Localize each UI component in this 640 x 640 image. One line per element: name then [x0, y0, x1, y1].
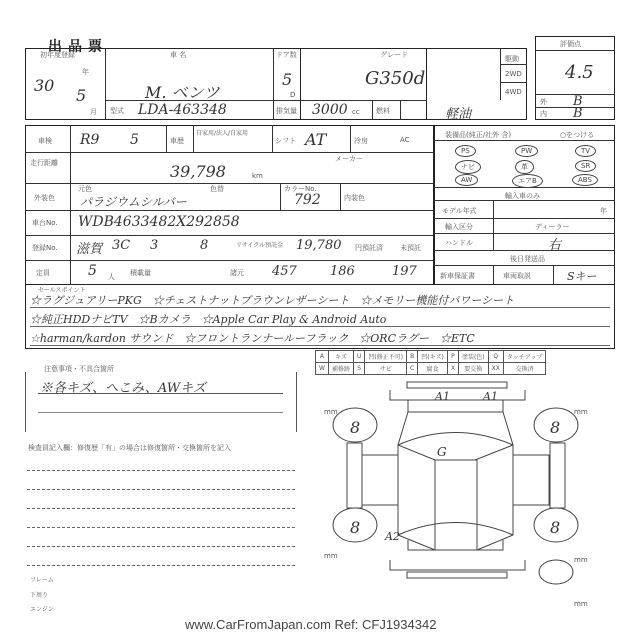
tire-rear-left: 8 — [350, 518, 360, 537]
shift-label: シフト — [275, 136, 296, 146]
damage-legend: Aキズ U凹(修正不可) B凹(キズ) P塗装(色) Qタッチアップ W補修跡 … — [315, 350, 546, 375]
tire-front-left: 8 — [350, 418, 360, 437]
fuel-label: 燃料 — [376, 106, 390, 116]
damage-mark-a1-left: A1 — [435, 390, 450, 403]
shaken-month: 5 — [130, 132, 139, 148]
spare-key: Sキー — [567, 268, 597, 284]
first-registration-month: 5 — [76, 86, 86, 105]
first-registration-label: 初年度登録 — [40, 50, 75, 60]
watermark: www.CarFromJapan.com Ref: CFJ1934342 — [185, 617, 436, 632]
car-name-label: 車 名 — [170, 50, 186, 60]
drive-label: 駆動 — [505, 54, 519, 64]
doors-value: 5 — [282, 70, 292, 89]
equip-ps: PS — [455, 145, 476, 157]
shaken-label: 車検 — [38, 136, 52, 146]
displacement-label: 排気量 — [276, 106, 297, 116]
equipment-title: 装備品(純正/社外 含) — [445, 130, 511, 140]
doors-label: ドア数 — [276, 50, 297, 60]
first-registration-year: 30 — [34, 76, 54, 95]
mileage-value: 39,798 — [170, 162, 226, 181]
capacity-label: 定員 — [36, 268, 50, 278]
score-value: 4.5 — [565, 62, 594, 83]
equip-tv: TV — [575, 145, 596, 157]
equip-abs: ABS — [572, 174, 598, 186]
car-damage-diagram — [310, 380, 640, 610]
width-value: 186 — [330, 264, 355, 279]
handle-value: 右 — [548, 234, 561, 253]
interior-grade: B — [573, 106, 583, 121]
shaken-year: R9 — [80, 132, 99, 148]
sales-point-line-2: ☆純正HDDナビTV ☆Bカメラ ☆Apple Car Play & Andro… — [30, 311, 386, 327]
model-code-label: 型式 — [110, 106, 124, 116]
equip-airbag: エアB — [512, 174, 543, 188]
ac-label: 冷房 — [354, 136, 368, 146]
registration-region: 滋賀 — [76, 238, 102, 257]
fuel-value: 軽油 — [445, 103, 471, 122]
ac-value: AC — [400, 136, 410, 144]
color-value: パラジウムシルバー — [80, 193, 187, 210]
model-code: LDA-463348 — [138, 102, 227, 118]
chassis-label: 車台No. — [32, 218, 58, 228]
shift-value: AT — [305, 130, 326, 149]
height-value: 197 — [392, 264, 417, 279]
capacity-value: 5 — [88, 263, 97, 279]
inspector-label: 検査員記入欄：修復歴「有」の場合は修復箇所・交換箇所を記入 — [28, 443, 231, 453]
damage-mark-a1-right: A1 — [483, 390, 498, 403]
import-type-value: ディーラー — [535, 222, 569, 232]
equip-leather: 革 — [515, 160, 534, 174]
length-value: 457 — [272, 264, 297, 279]
equip-navi: ナビ — [455, 160, 481, 174]
tire-front-right: 8 — [550, 418, 560, 437]
damage-mark-g: G — [437, 445, 447, 459]
mileage-label: 走行距離 — [30, 158, 58, 168]
sales-point-line-1: ☆ラグジュアリーPKG ☆チェストナットブラウンレザーシート ☆メモリー機能付パ… — [30, 292, 514, 308]
equip-pw: PW — [515, 145, 538, 157]
color-label: 外装色 — [34, 193, 55, 203]
tire-rear-right: 8 — [550, 518, 560, 537]
sales-point-line-3: ☆harman/kardon サウンド ☆フロントランナールーフラック ☆ORC… — [30, 330, 475, 346]
maker-label: メーカー — [335, 154, 363, 164]
registration-label: 登録No. — [32, 243, 58, 253]
car-name: M. ベンツ — [145, 80, 220, 103]
grade-label: グレード — [380, 50, 408, 60]
chassis-no: WDB4633482X292858 — [78, 214, 240, 230]
damage-mark-a2: A2 — [385, 530, 400, 543]
grade-value: G350d — [365, 68, 425, 89]
score-label: 評価点 — [560, 39, 581, 49]
recycle-fee: 19,780 — [296, 238, 342, 253]
color-no-value: 792 — [294, 192, 321, 208]
history-label: 車歴 — [170, 136, 184, 146]
